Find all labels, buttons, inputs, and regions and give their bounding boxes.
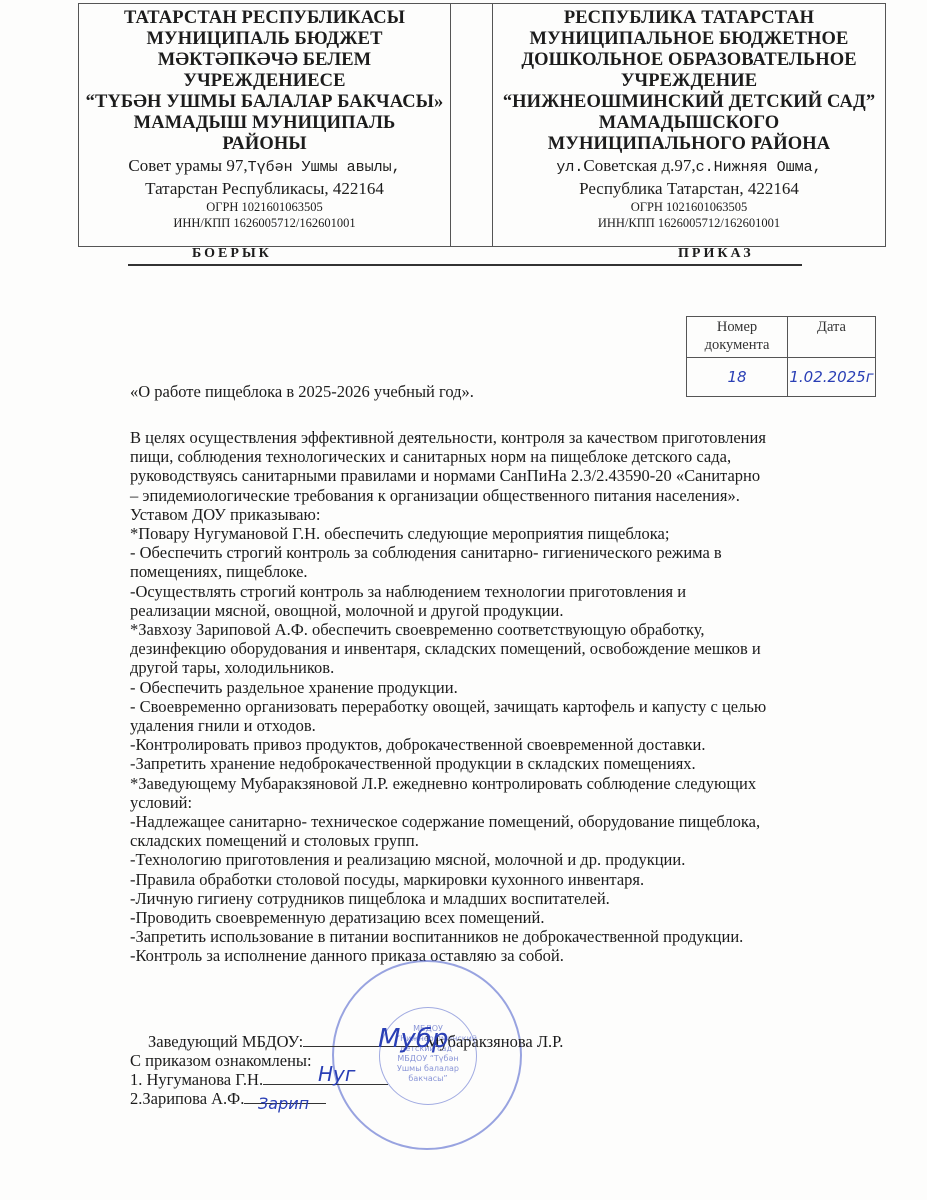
org-line: “НИЖНЕОШМИНСКИЙ ДЕТСКИЙ САД” [493, 92, 885, 113]
org-line: УЧРЕЖДЕНИЕ [493, 71, 885, 92]
org-line: ТАТАРСТАН РЕСПУБЛИКАСЫ [79, 8, 450, 29]
org-line: МАМАДЫШСКОГО [493, 113, 885, 134]
person-name: 2.Зарипова А.Ф. [130, 1089, 244, 1108]
org-line: МУНИЦИПАЛЬНОЕ БЮДЖЕТНОЕ [493, 29, 885, 50]
doc-type-russian: ПРИКАЗ [678, 246, 754, 262]
address-street: Советская д.97, [583, 156, 695, 175]
document-number: 18 [687, 358, 788, 397]
address-region: Республика Татарстан, 422164 [493, 178, 885, 199]
head-signature: Мубр [378, 1024, 448, 1054]
address-village: Түбән Ушмы авылы, [248, 159, 401, 176]
body-line: -Правила обработки столовой посуды, марк… [130, 870, 850, 889]
inn-kpp: ИНН/КПП 1626005712/162601001 [79, 215, 450, 231]
org-line: МУНИЦИПАЛЬНОГО РАЙОНА [493, 134, 885, 155]
letterhead-divider [451, 4, 493, 246]
body-line: пищи, соблюдения технологических и санит… [130, 447, 850, 466]
document-date: 1.02.2025г [788, 358, 876, 397]
order-body: В целях осуществления эффективной деятел… [130, 428, 850, 966]
ack-person-2: 2.Зарипова А.Ф. [130, 1089, 563, 1108]
org-address-russian: ул.Советская д.97,с.Нижняя Ошма, [493, 155, 885, 178]
org-name-tatar: ТАТАРСТАН РЕСПУБЛИКАСЫ МУНИЦИПАЛЬ БЮДЖЕТ… [79, 8, 450, 155]
body-line: складских помещений и столовых групп. [130, 831, 850, 850]
body-line: реализации мясной, овощной, молочной и д… [130, 601, 850, 620]
body-line: -Запретить хранение недоброкачественной … [130, 754, 850, 773]
body-line: - Своевременно организовать переработку … [130, 697, 850, 716]
head-label: Заведующий МБДОУ: [148, 1032, 303, 1051]
org-line: ДОШКОЛЬНОЕ ОБРАЗОВАТЕЛЬНОЕ [493, 50, 885, 71]
head-signature-line: Заведующий МБДОУ:Мубаракзянова Л.Р. [130, 1032, 563, 1051]
body-line: условий: [130, 793, 850, 812]
body-line: -Проводить своевременную дератизацию все… [130, 908, 850, 927]
person-name: 1. Нугуманова Г.Н. [130, 1070, 263, 1089]
address-village: с.Нижняя Ошма, [696, 159, 822, 176]
body-line: *Заведующему Мубаракзяновой Л.Р. ежеднев… [130, 774, 850, 793]
document-number-table: Номер документа Дата 18 1.02.2025г [686, 316, 876, 397]
body-line: – эпидемиологические требования к органи… [130, 486, 850, 505]
body-line: -Надлежащее санитарно- техническое содер… [130, 812, 850, 831]
org-line: МАМАДЫШ МУНИЦИПАЛЬ [79, 113, 450, 134]
address-prefix: ул. [556, 159, 583, 176]
inn-kpp: ИНН/КПП 1626005712/162601001 [493, 215, 885, 231]
org-line: РАЙОНЫ [79, 134, 450, 155]
org-line: “ТҮБӘН УШМЫ БАЛАЛАР БАКЧАСЫ» [79, 92, 450, 113]
body-line: дезинфекцию оборудования и инвентаря, ск… [130, 639, 850, 658]
org-line: МӘКТӘПКӘЧӘ БЕЛЕМ [79, 50, 450, 71]
body-line: -Контролировать привоз продуктов, доброк… [130, 735, 850, 754]
body-line: -Личную гигиену сотрудников пищеблока и … [130, 889, 850, 908]
org-name-russian: РЕСПУБЛИКА ТАТАРСТАН МУНИЦИПАЛЬНОЕ БЮДЖЕ… [493, 8, 885, 155]
order-title: «О работе пищеблока в 2025-2026 учебный … [130, 382, 474, 402]
body-line: -Контроль за исполнение данного приказа … [130, 946, 850, 965]
org-line: РЕСПУБЛИКА ТАТАРСТАН [493, 8, 885, 29]
body-line: удаления гнили и отходов. [130, 716, 850, 735]
body-line: руководствуясь санитарными правилами и н… [130, 466, 850, 485]
body-line: *Повару Нугумановой Г.Н. обеспечить след… [130, 524, 850, 543]
person2-signature: Зарип [258, 1094, 309, 1113]
body-line: В целях осуществления эффективной деятел… [130, 428, 850, 447]
ogrn: ОГРН 1021601063505 [493, 199, 885, 215]
body-line: помещениях, пищеблоке. [130, 562, 850, 581]
header-underline [128, 264, 802, 266]
body-line: -Запретить использование в питании воспи… [130, 927, 850, 946]
body-line: - Обеспечить раздельное хранение продукц… [130, 678, 850, 697]
number-header: Номер документа [687, 317, 788, 358]
body-line: *Завхозу Зариповой А.Ф. обеспечить своев… [130, 620, 850, 639]
body-line: -Осуществлять строгий контроль за наблюд… [130, 582, 850, 601]
letterhead-tatar: ТАТАРСТАН РЕСПУБЛИКАСЫ МУНИЦИПАЛЬ БЮДЖЕТ… [79, 4, 451, 246]
person1-signature: Нуг [318, 1062, 355, 1086]
body-line: другой тары, холодильников. [130, 658, 850, 677]
date-header: Дата [788, 317, 876, 358]
ogrn: ОГРН 1021601063505 [79, 199, 450, 215]
number-header-line: документа [688, 336, 786, 354]
body-line: - Обеспечить строгий контроль за соблюде… [130, 543, 850, 562]
org-line: МУНИЦИПАЛЬ БЮДЖЕТ [79, 29, 450, 50]
address-region: Татарстан Республикасы, 422164 [79, 178, 450, 199]
address-street: Совет урамы 97, [128, 156, 247, 175]
number-header-line: Номер [688, 318, 786, 336]
letterhead-russian: РЕСПУБЛИКА ТАТАРСТАН МУНИЦИПАЛЬНОЕ БЮДЖЕ… [493, 4, 885, 246]
doc-type-tatar: БОЕРЫК [192, 246, 272, 262]
org-line: УЧРЕЖДЕНИЕСЕ [79, 71, 450, 92]
letterhead: ТАТАРСТАН РЕСПУБЛИКАСЫ МУНИЦИПАЛЬ БЮДЖЕТ… [78, 3, 886, 247]
body-line: -Технологию приготовления и реализацию м… [130, 850, 850, 869]
body-line: Уставом ДОУ приказываю: [130, 505, 850, 524]
org-address-tatar: Совет урамы 97,Түбән Ушмы авылы, [79, 155, 450, 178]
